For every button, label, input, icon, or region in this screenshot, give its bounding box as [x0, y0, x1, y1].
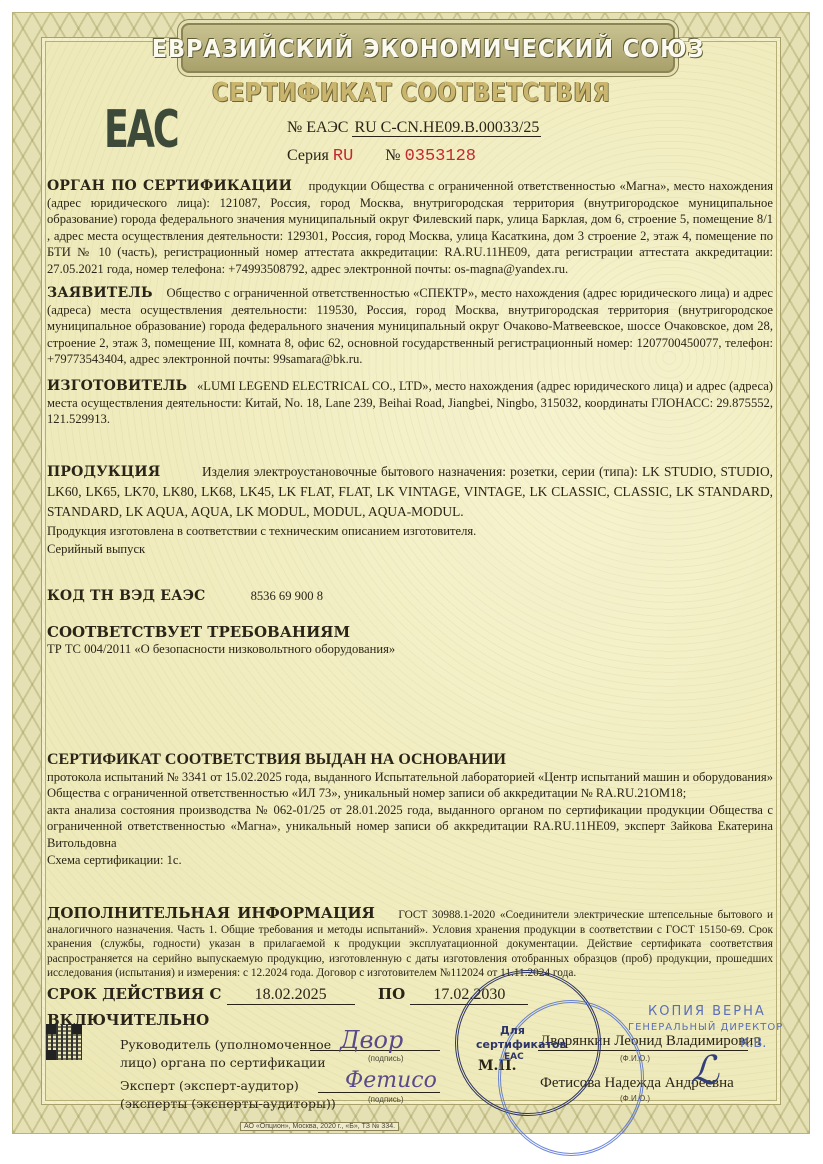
head-label-line1: Руководитель (уполномоченное: [120, 1036, 331, 1054]
printer-imprint: АО «Опцион», Москва, 2020 г., «Б», ТЗ № …: [240, 1122, 399, 1131]
section-heading: ПРОДУКЦИЯ: [47, 464, 160, 480]
head-signature: Двор: [340, 1026, 403, 1054]
section-requirements: СООТВЕТСТВУЕТ ТРЕБОВАНИЯМ ТР ТС 004/2011…: [47, 624, 773, 657]
reg-prefix: № ЕАЭС: [287, 119, 348, 136]
union-banner-text: ЕВРАЗИЙСКИЙ ЭКОНОМИЧЕСКИЙ СОЮЗ: [152, 34, 705, 63]
section-certification-body: ОРГАН ПО СЕРТИФИКАЦИИ продукции Общества…: [47, 178, 773, 278]
sign-caption: (подпись): [368, 1095, 404, 1104]
copy-certified-stamp: КОПИЯ ВЕРНА: [648, 1004, 766, 1019]
section-product: ПРОДУКЦИЯ Изделия электроустановочные бы…: [47, 462, 773, 558]
section-heading: ДОПОЛНИТЕЛЬНАЯ ИНФОРМАЦИЯ: [47, 904, 375, 922]
eac-logo-icon: EAC: [104, 100, 177, 160]
head-signature-label: Руководитель (уполномоченное лицо) орган…: [120, 1036, 331, 1072]
section-hs-code: КОД ТН ВЭД ЕАЭС 8536 69 900 8: [47, 588, 773, 605]
hs-code-value: 8536 69 900 8: [251, 589, 323, 603]
production-type: Серийный выпуск: [47, 540, 773, 558]
copy-certified-name: К.В.: [740, 1036, 766, 1051]
expert-signature: Фетисо: [345, 1068, 437, 1093]
union-banner: ЕВРАЗИЙСКИЙ ЭКОНОМИЧЕСКИЙ СОЮЗ: [181, 23, 675, 73]
blank-number-value: 0353128: [405, 147, 476, 166]
copy-certified-role: ГЕНЕРАЛЬНЫЙ ДИРЕКТОР: [628, 1022, 783, 1033]
section-heading: КОД ТН ВЭД ЕАЭС: [47, 588, 205, 604]
section-basis: СЕРТИФИКАТ СООТВЕТСТВИЯ ВЫДАН НА ОСНОВАН…: [47, 752, 773, 868]
stamp-text: сертификатов: [476, 1038, 566, 1051]
director-signature: ℒ: [690, 1048, 719, 1094]
section-additional-info: ДОПОЛНИТЕЛЬНАЯ ИНФОРМАЦИЯ ГОСТ 30988.1-2…: [47, 906, 773, 981]
expert-label-line1: Эксперт (эксперт-аудитор): [120, 1077, 336, 1095]
section-heading: СЕРТИФИКАТ СООТВЕТСТВИЯ ВЫДАН НА ОСНОВАН…: [47, 752, 773, 769]
section-applicant: ЗАЯВИТЕЛЬ Общество с ограниченной ответс…: [47, 285, 773, 368]
basis-protocol: протокола испытаний № 3341 от 15.02.2025…: [47, 769, 773, 802]
section-heading: ОРГАН ПО СЕРТИФИКАЦИИ: [47, 178, 292, 194]
expert-label-line2: (эксперты (эксперты-аудиторы)): [120, 1095, 336, 1113]
stamp-text: ЕАС: [504, 1052, 524, 1062]
validity-from-label: СРОК ДЕЙСТВИЯ С: [47, 985, 221, 1003]
validity-from-date: 18.02.2025: [227, 986, 355, 1005]
registration-number: № ЕАЭС RU C-CN.НЕ09.В.00033/25: [287, 119, 541, 137]
validity-period: СРОК ДЕЙСТВИЯ С 18.02.2025 ПО 17.02.2030…: [47, 985, 528, 1029]
head-label-line2: лицо) органа по сертификации: [120, 1054, 331, 1072]
qr-code-icon[interactable]: [46, 1024, 82, 1060]
requirements-text: ТР ТС 004/2011 «О безопасности низковоль…: [47, 641, 773, 658]
basis-act: акта анализа состояния производства № 06…: [47, 802, 773, 852]
validity-to-label: ПО: [378, 985, 405, 1003]
certificate-title-text: СЕРТИФИКАТ СООТВЕТСТВИЯ: [212, 78, 611, 108]
section-text: Общество с ограниченной ответственностью…: [47, 286, 773, 366]
sign-caption: (подпись): [368, 1054, 404, 1063]
section-heading: ИЗГОТОВИТЕЛЬ: [47, 378, 187, 394]
section-heading: ЗАЯВИТЕЛЬ: [47, 285, 153, 301]
reg-number-value: RU C-CN.НЕ09.В.00033/25: [352, 119, 541, 137]
series-line: Серия RU № 0353128: [287, 147, 476, 166]
series-value: RU: [333, 147, 353, 166]
section-heading: СООТВЕТСТВУЕТ ТРЕБОВАНИЯМ: [47, 624, 773, 641]
certification-scheme: Схема сертификации: 1с.: [47, 852, 773, 869]
blank-number-label: №: [385, 147, 400, 164]
stamp-text: Для: [500, 1024, 525, 1037]
series-label: Серия: [287, 147, 329, 164]
expert-signature-label: Эксперт (эксперт-аудитор) (эксперты (экс…: [120, 1077, 336, 1113]
product-note: Продукция изготовлена в соответствии с т…: [47, 522, 773, 540]
section-manufacturer: ИЗГОТОВИТЕЛЬ «LUMI LEGEND ELECTRICAL CO.…: [47, 378, 773, 428]
